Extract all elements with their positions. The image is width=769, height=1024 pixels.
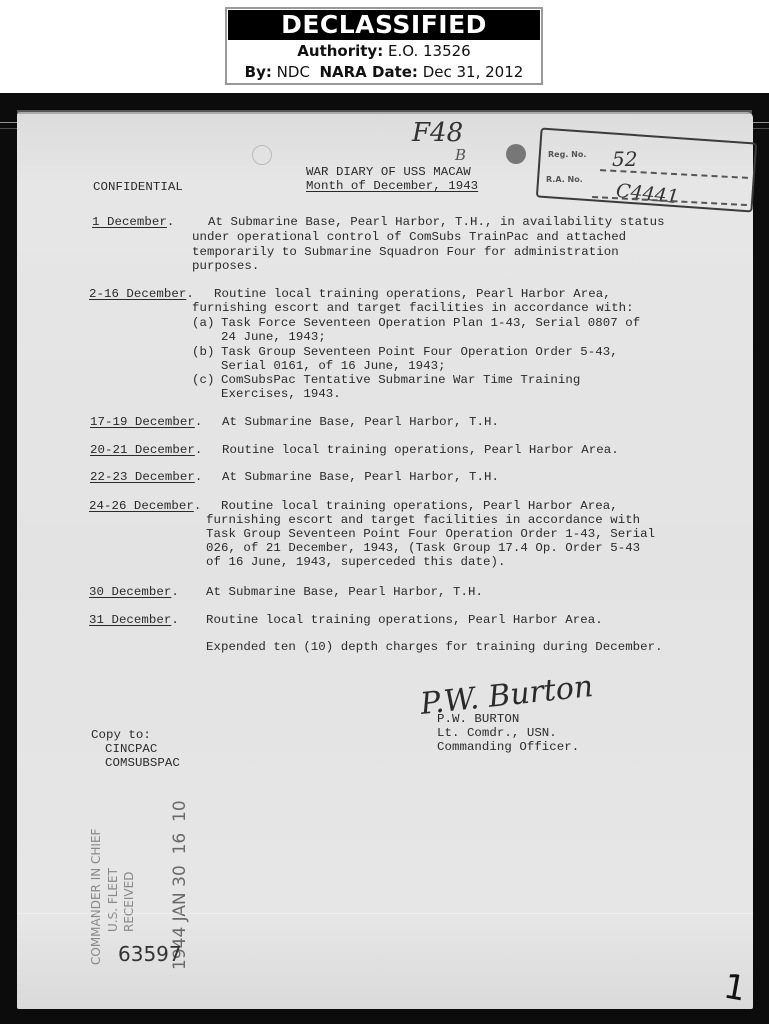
entry-line: 24 June, 1943; xyxy=(221,330,326,344)
entry-line: Serial 0161, of 16 June, 1943; xyxy=(221,359,446,373)
nara-label: NARA Date: xyxy=(319,63,417,81)
entry-line: Task Group Seventeen Point Four Operatio… xyxy=(206,527,655,541)
declassified-stamp: DECLASSIFIED Authority: E.O. 13526 By: N… xyxy=(225,7,543,85)
scan-streak xyxy=(17,913,753,914)
entry-line: temporarily to Submarine Squadron Four f… xyxy=(192,245,619,259)
sub-item-marker: (b) xyxy=(192,345,214,359)
copy-to-recipient: CINCPAC xyxy=(105,742,157,756)
diary-title: WAR DIARY OF USS MACAW xyxy=(306,165,471,179)
received-stamp-line: U.S. FLEET xyxy=(106,868,120,932)
entry-line: purposes. xyxy=(192,259,259,273)
entry-line: Routine local training operations, Pearl… xyxy=(214,287,611,301)
signatory-name: P.W. BURTON xyxy=(437,712,519,726)
punch-hole-icon xyxy=(252,145,272,165)
punch-hole-icon xyxy=(506,144,526,164)
entry-line: furnishing escort and target facilities … xyxy=(206,513,640,527)
entry-line: of 16 June, 1943, superceded this date). xyxy=(206,555,505,569)
copy-to-recipient: COMSUBSPAC xyxy=(105,756,180,770)
receipt-line1-value: 52 xyxy=(612,147,637,171)
closing-note: Expended ten (10) depth charges for trai… xyxy=(206,640,663,654)
signatory-title: Commanding Officer. xyxy=(437,740,579,754)
entry-line: At Submarine Base, Pearl Harbor, T.H. xyxy=(222,470,499,484)
sub-item-marker: (c) xyxy=(192,373,214,387)
copy-to-label: Copy to: xyxy=(91,728,151,742)
file-code-sub: B xyxy=(455,146,466,164)
by-line: By: NDC NARA Date: Dec 31, 2012 xyxy=(227,62,541,83)
entry-date: 2-16 December xyxy=(89,287,186,301)
entry-line: 026, of 21 December, 1943, (Task Group 1… xyxy=(206,541,640,555)
page-top-edge xyxy=(17,110,752,114)
nara-value: Dec 31, 2012 xyxy=(423,63,524,81)
receipt-line1-label: Reg. No. xyxy=(548,150,586,159)
entry-line: Task Group Seventeen Point Four Operatio… xyxy=(221,345,618,359)
received-stamp-line: COMMANDER IN CHIEF xyxy=(89,829,103,965)
authority-value: E.O. 13526 xyxy=(388,42,471,60)
entry-line: Routine local training operations, Pearl… xyxy=(221,499,618,513)
entry-line: At Submarine Base, Pearl Harbor, T.H., i… xyxy=(208,215,665,229)
entry-line: furnishing escort and target facilities … xyxy=(192,301,634,315)
declassified-title: DECLASSIFIED xyxy=(228,10,540,40)
receipt-line2-label: R.A. No. xyxy=(546,175,583,184)
signatory-rank: Lt. Comdr., USN. xyxy=(437,726,557,740)
entry-date: 17-19 December xyxy=(90,415,195,429)
sub-item-marker: (a) xyxy=(192,316,214,330)
authority-label: Authority: xyxy=(297,42,383,60)
entry-date: 31 December xyxy=(89,613,171,627)
classification-label: CONFIDENTIAL xyxy=(93,180,183,194)
entry-line: ComSubsPac Tentative Submarine War Time … xyxy=(221,373,580,387)
entry-line: At Submarine Base, Pearl Harbor, T.H. xyxy=(206,585,483,599)
entry-date: 22-23 December xyxy=(90,470,195,484)
received-number: 63597 xyxy=(118,942,182,966)
entry-date: 24-26 December xyxy=(89,499,194,513)
entry-line: Exercises, 1943. xyxy=(221,387,341,401)
file-code: F48 xyxy=(412,118,463,148)
entry-date: 1 December xyxy=(92,215,167,229)
entry-line: Routine local training operations, Pearl… xyxy=(206,613,603,627)
diary-month: Month of December, 1943 xyxy=(306,179,478,193)
entry-date: 20-21 December xyxy=(90,443,195,457)
entry-date: 30 December xyxy=(89,585,171,599)
entry-line: At Submarine Base, Pearl Harbor, T.H. xyxy=(222,415,499,429)
entry-line: Routine local training operations, Pearl… xyxy=(222,443,619,457)
by-value: NDC xyxy=(277,63,310,81)
entry-line: under operational control of ComSubs Tra… xyxy=(192,230,626,244)
authority-line: Authority: E.O. 13526 xyxy=(227,41,541,62)
by-label: By: xyxy=(245,63,272,81)
received-stamp-line: RECEIVED xyxy=(122,872,136,932)
entry-line: Task Force Seventeen Operation Plan 1-43… xyxy=(221,316,640,330)
